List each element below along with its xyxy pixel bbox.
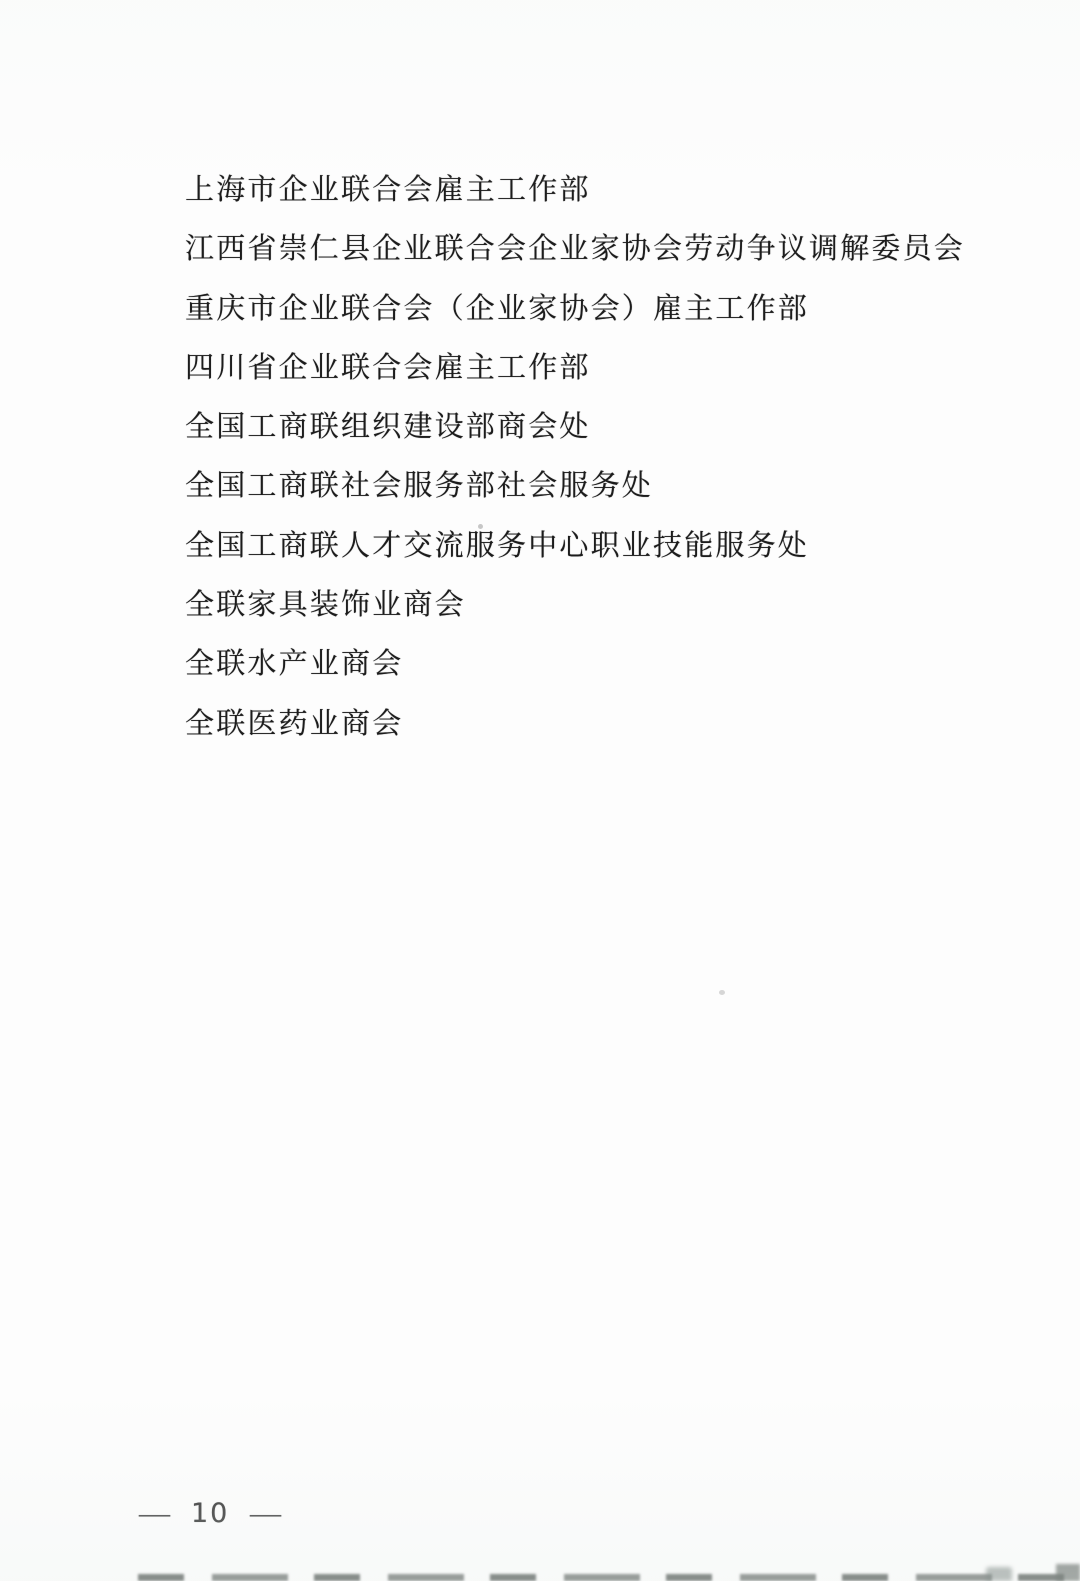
page-number: 10 [191,1498,229,1529]
doc-line: 全联家具装饰业商会 [185,576,1005,635]
doc-line: 江西省崇仁县企业联合会企业家协会劳动争议调解委员会 [185,220,1005,279]
doc-line: 上海市企业联合会雇主工作部 [185,161,1005,220]
scan-artifact-bottom-band [138,1574,1080,1581]
doc-line: 四川省企业联合会雇主工作部 [185,339,1005,398]
scan-speck [478,524,483,529]
footer-left-dash: — [139,1498,170,1529]
organization-list: 上海市企业联合会雇主工作部 江西省崇仁县企业联合会企业家协会劳动争议调解委员会 … [185,161,1005,754]
page-number-footer: — 10 — [141,1498,279,1529]
doc-line: 全国工商联人才交流服务中心职业技能服务处 [185,517,1005,576]
scan-speck [719,990,725,995]
document-page: 上海市企业联合会雇主工作部 江西省崇仁县企业联合会企业家协会劳动争议调解委员会 … [0,0,1080,1581]
doc-line: 全国工商联社会服务部社会服务处 [185,457,1005,516]
scan-artifact-blob [986,1567,1012,1581]
doc-line: 全联医药业商会 [185,695,1005,754]
footer-right-dash: — [250,1498,281,1529]
doc-line: 全国工商联组织建设部商会处 [185,398,1005,457]
doc-line: 重庆市企业联合会（企业家协会）雇主工作部 [185,280,1005,339]
doc-line: 全联水产业商会 [185,635,1005,694]
scan-artifact-blob [1056,1564,1080,1581]
